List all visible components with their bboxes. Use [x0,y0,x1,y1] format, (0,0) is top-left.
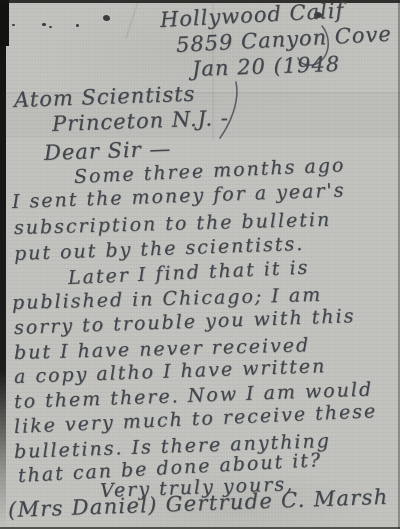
scanned-letter-page: Hollywood Calif 5859 Canyon Cove Jan 20 … [0,0,400,529]
scan-edge-left [0,0,6,529]
ink-speck [103,15,110,21]
salutation: Dear Sir — [44,137,172,165]
ink-speck [76,24,79,27]
body-line: I sent the money for a year's [12,179,346,213]
scan-edge-corner [0,0,9,46]
heading-line: Jan 20 (1948 [192,52,341,81]
diagonal-crease [125,0,141,39]
ink-speck [42,23,46,26]
ink-speck [12,24,15,26]
ink-speck [49,26,52,28]
